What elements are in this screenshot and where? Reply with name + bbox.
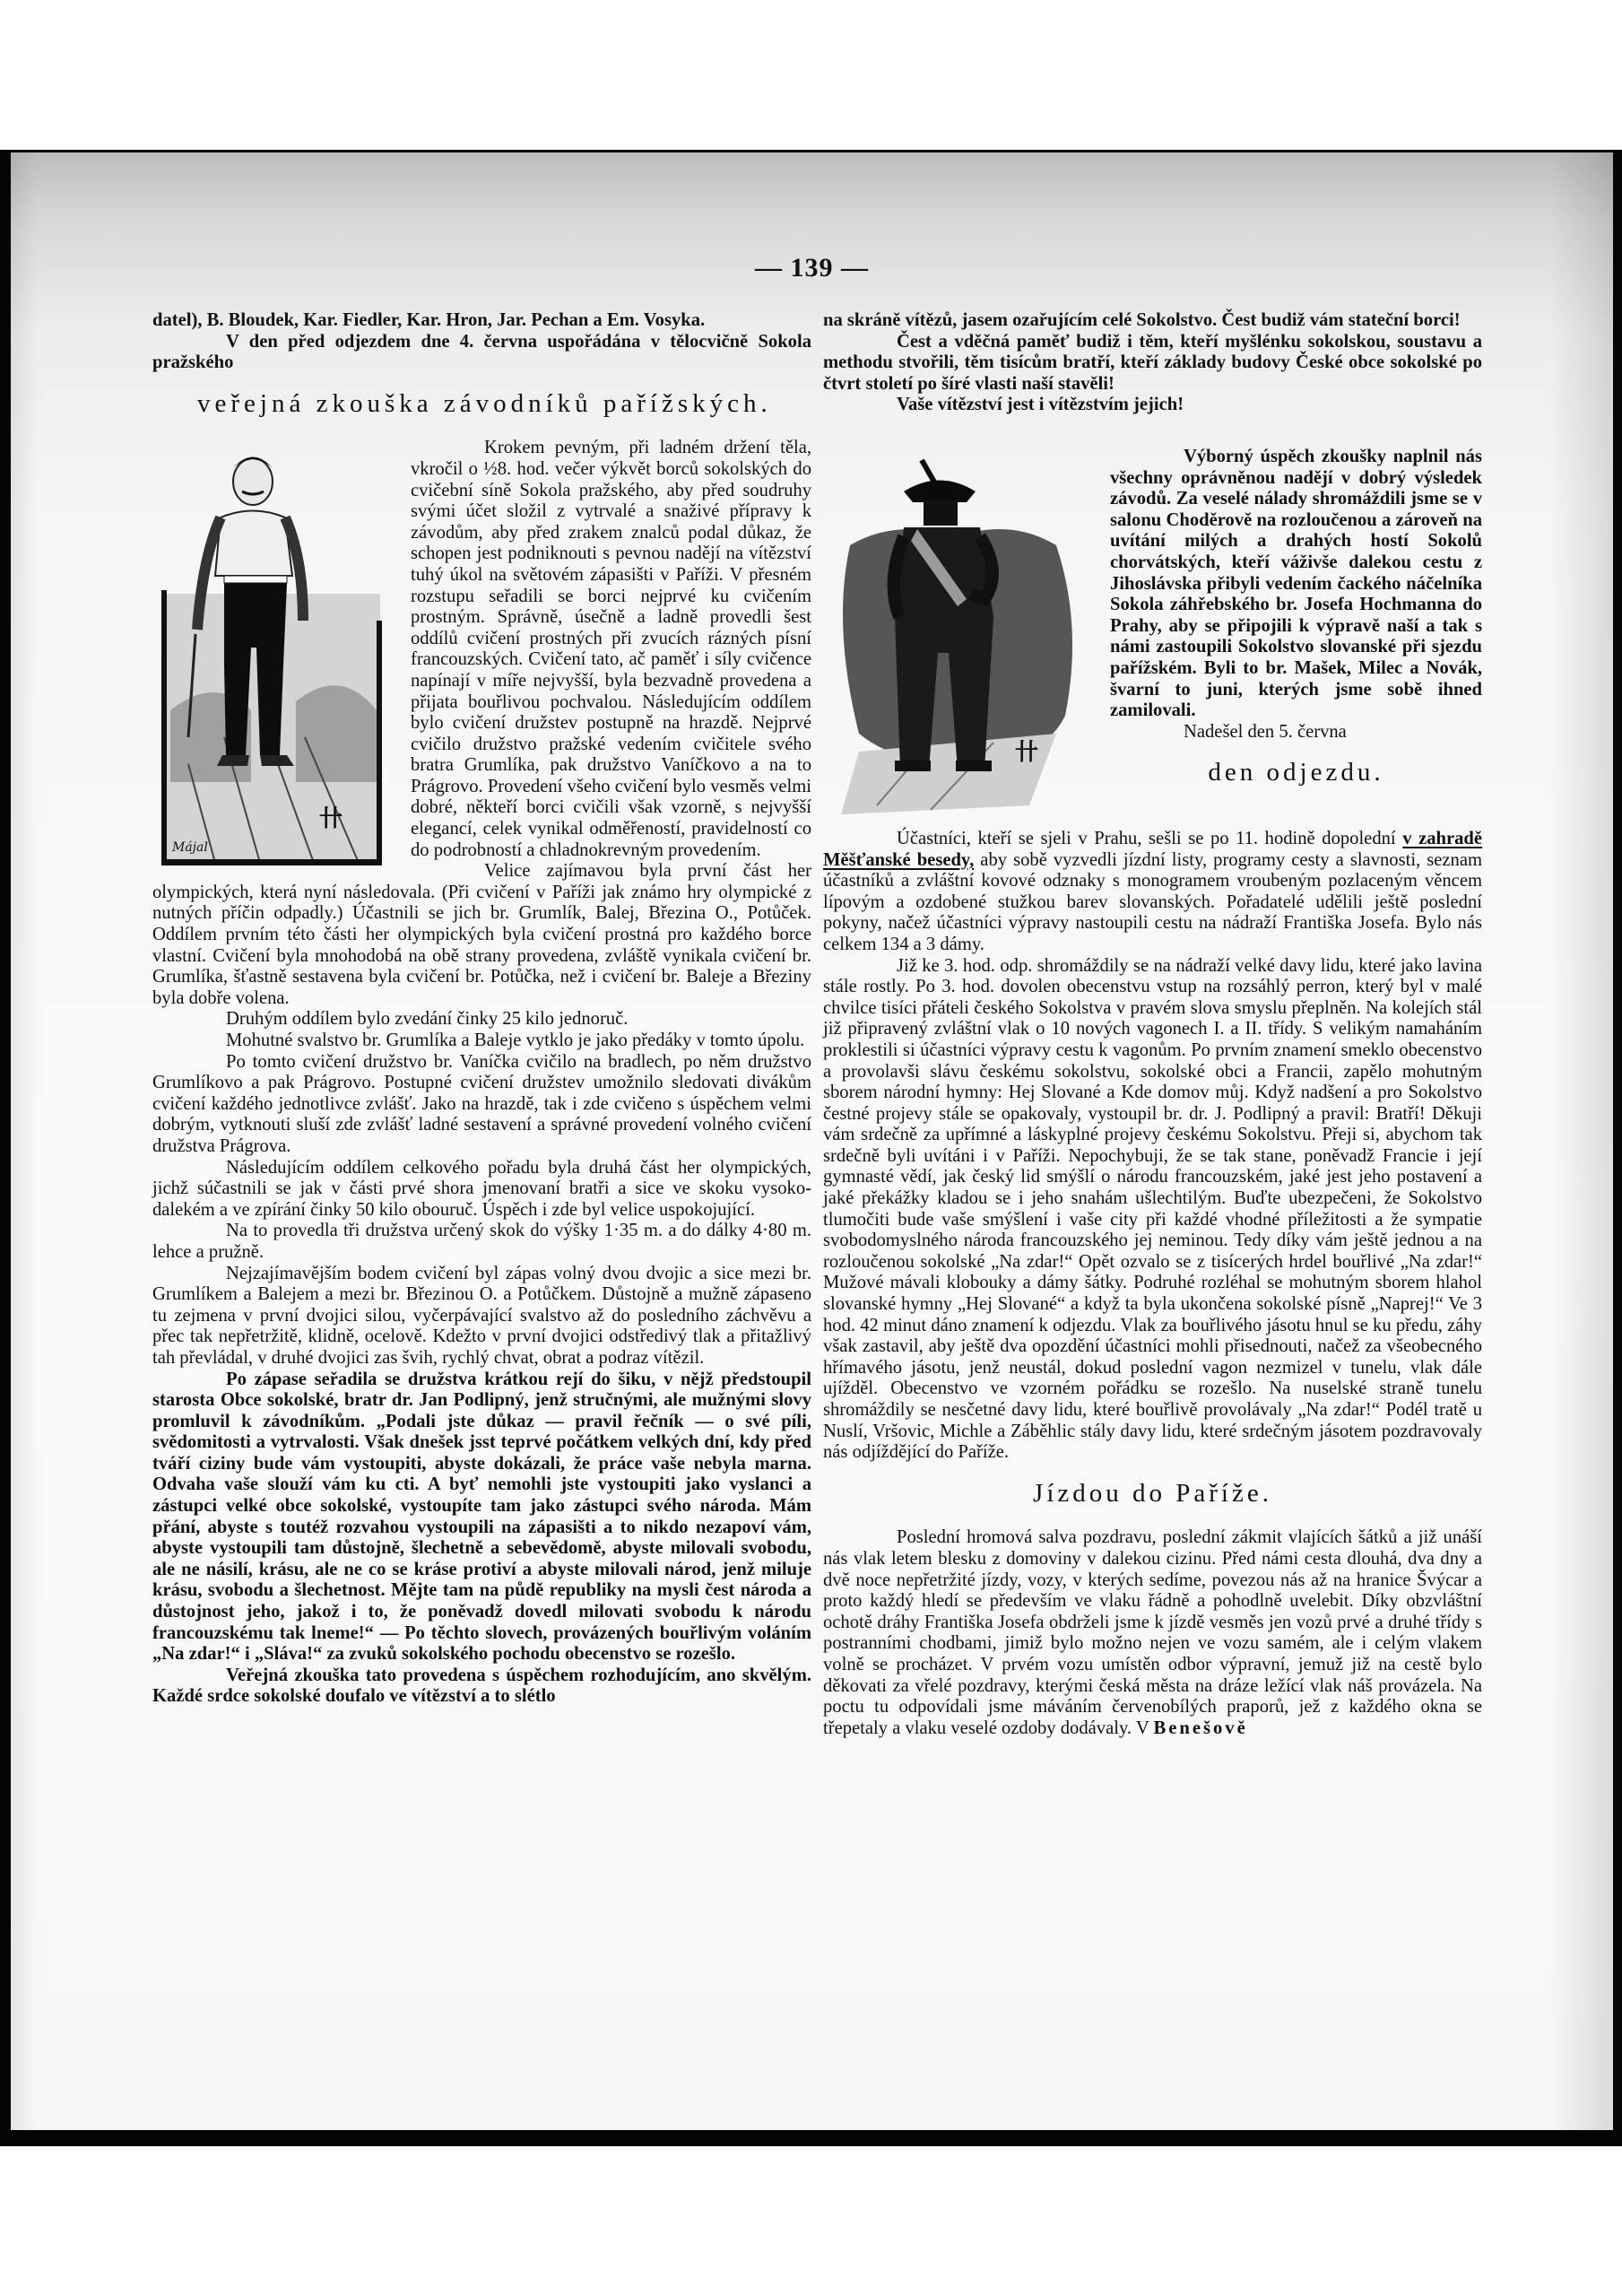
left-column: datel), B. Bloudek, Kar. Fiedler, Kar. H… [152, 310, 811, 1708]
paragraph: Druhým oddílem bylo zvedání činky 25 kil… [152, 1009, 811, 1031]
paragraph: Čest a vděčná paměť budiž i těm, kteří m… [823, 332, 1482, 396]
section-heading-public-exam: veřejná zkouška závodníků pařížských. [152, 394, 811, 415]
paragraph: Veřejná zkouška tato provedena s úspěche… [152, 1665, 811, 1708]
text-span: Účastníci, kteří se sjeli v Prahu, sešli… [897, 829, 1402, 848]
illustration-croatian-sokol: 卄 [823, 447, 1092, 823]
intro-names: datel), B. Bloudek, Kar. Fiedler, Kar. H… [152, 310, 811, 332]
paragraph: Již ke 3. hod. odp. shromáždily se na ná… [823, 956, 1482, 1464]
right-column: na skráně vítězů, jasem ozařujícím celé … [823, 310, 1482, 1739]
artist-monogram: 卄 [319, 809, 343, 831]
artist-signature: Májal [172, 838, 208, 859]
illustration-gymnast: 卄 Májal [152, 441, 393, 872]
paragraph: Nejzajímavějším bodem cvičení byl zápas … [152, 1264, 811, 1370]
paragraph: Mohutné svalstvo br. Grumlíka a Baleje v… [152, 1031, 811, 1052]
intro-paragraph: V den před odjezdem dne 4. června uspořá… [152, 332, 811, 374]
page-number: — 139 — [11, 253, 1613, 283]
sokol-figure-icon [823, 447, 1092, 823]
artist-monogram: 卄 [1015, 743, 1038, 764]
paragraph-journey: Poslední hromová salva pozdravu, posledn… [823, 1527, 1482, 1739]
paragraph: Po tomto cvičení družstvo br. Vaníčka cv… [152, 1052, 811, 1158]
paragraph: Vaše vítězství jest i vítězstvím jejich! [823, 395, 1482, 416]
gymnast-figure-icon [152, 441, 393, 872]
spaced-place-name: Benešově [1153, 1718, 1247, 1738]
paragraph: Na to provedla tři družstva určený skok … [152, 1221, 811, 1263]
paragraph: na skráně vítězů, jasem ozařujícím celé … [823, 310, 1482, 332]
scanned-page-frame: — 139 — datel), B. Bloudek, Kar. Fiedler… [0, 150, 1622, 2146]
section-heading-journey: Jízdou do Paříže. [823, 1483, 1482, 1505]
text-span: Poslední hromová salva pozdravu, posledn… [823, 1527, 1482, 1737]
paragraph: Velice zajímavou byla první část her oly… [152, 861, 811, 1009]
paper-sheet: — 139 — datel), B. Bloudek, Kar. Fiedler… [11, 152, 1613, 2130]
paragraph-speech: Po zápase seřadila se družstva krátkou r… [152, 1370, 811, 1665]
paragraph: Následujícím oddílem celkového pořadu by… [152, 1158, 811, 1222]
paragraph-departure: Účastníci, kteří se sjeli v Prahu, sešli… [823, 829, 1482, 956]
